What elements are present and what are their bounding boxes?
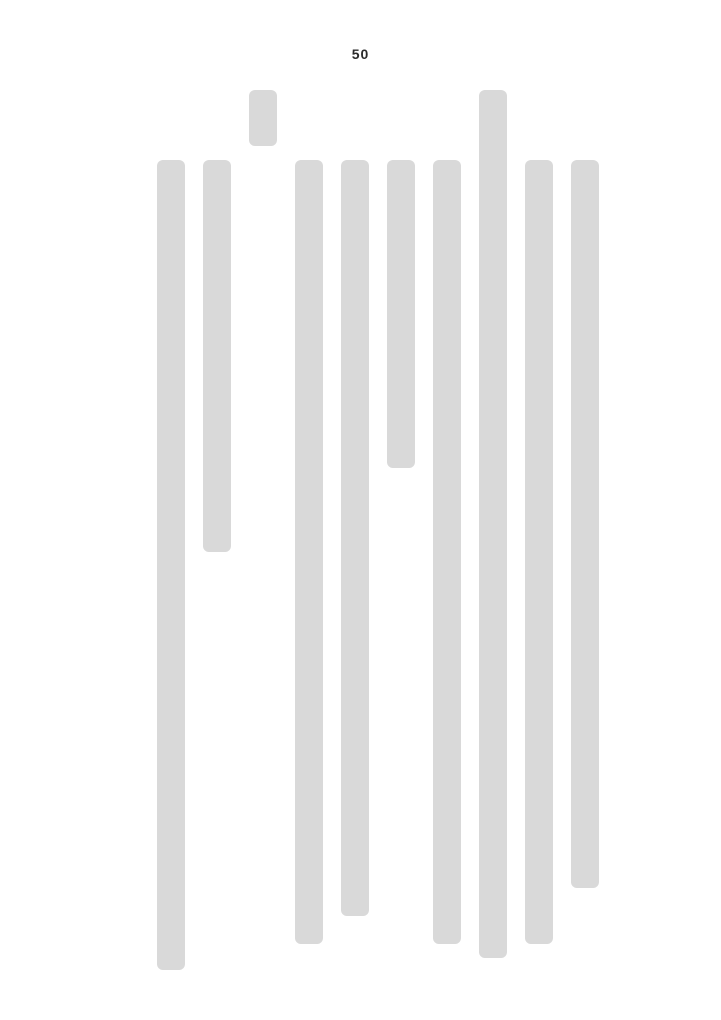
text-column-1 bbox=[568, 90, 602, 970]
text-column-10 bbox=[154, 90, 188, 970]
text-column-4 bbox=[430, 90, 464, 970]
text-column-2 bbox=[522, 90, 556, 970]
text-column-3 bbox=[476, 90, 510, 970]
text-column-9 bbox=[200, 90, 234, 970]
text-column-5 bbox=[384, 90, 418, 970]
redacted-text-line bbox=[295, 160, 323, 944]
redacted-text-line bbox=[571, 160, 599, 888]
redacted-text-line bbox=[157, 160, 185, 970]
text-column-6 bbox=[338, 90, 372, 970]
redacted-text-line bbox=[433, 160, 461, 944]
redacted-text-line bbox=[479, 90, 507, 958]
redacted-text-line bbox=[249, 90, 277, 146]
redacted-text-line bbox=[203, 160, 231, 552]
page-number: 50 bbox=[0, 46, 721, 62]
text-column-8 bbox=[246, 90, 280, 970]
text-column-7 bbox=[292, 90, 326, 970]
redacted-text-line bbox=[525, 160, 553, 944]
vertical-text-block bbox=[154, 90, 602, 970]
document-page: 50 bbox=[0, 0, 721, 1020]
redacted-text-line bbox=[387, 160, 415, 468]
redacted-text-line bbox=[341, 160, 369, 916]
